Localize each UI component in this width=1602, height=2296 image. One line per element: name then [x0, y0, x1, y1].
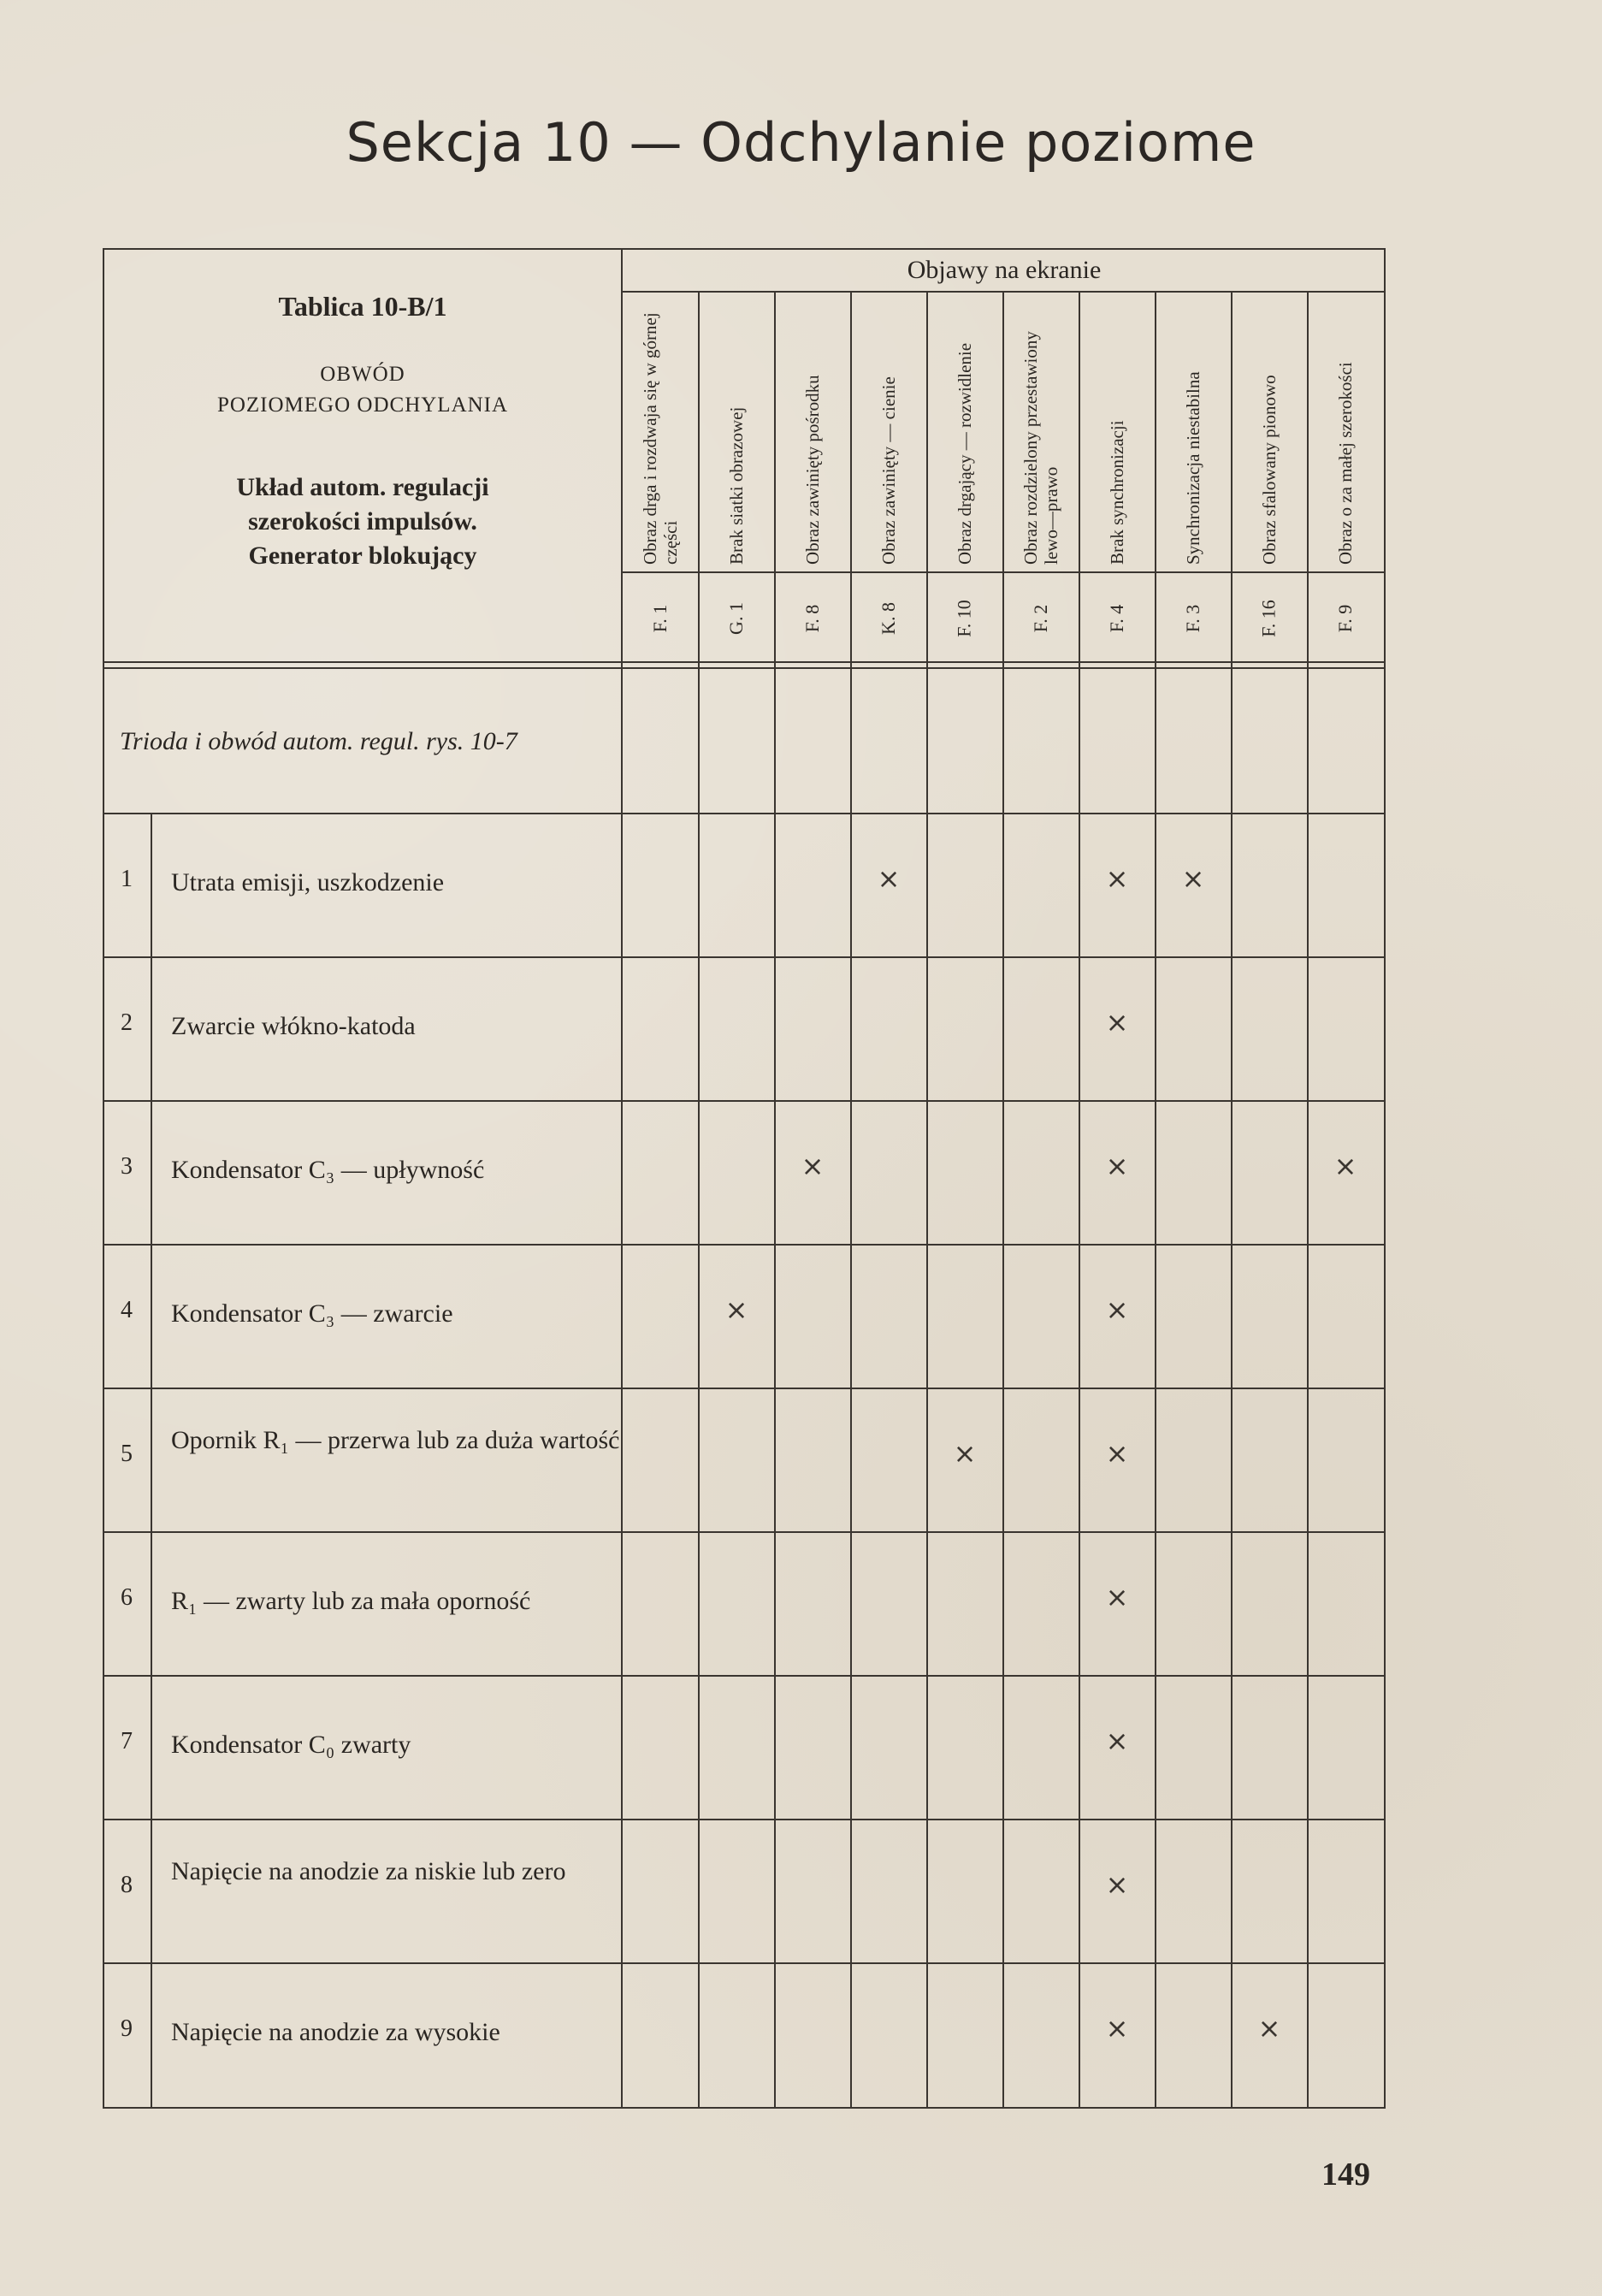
symptom-label: Brak synchronizacji: [1079, 308, 1155, 565]
row-label: Opornik R₁ — przerwa lub za duża wartość: [171, 1422, 624, 1459]
symptom-label: Obraz drga i rozdwaja się w górnej częśc…: [623, 308, 698, 565]
table-row: 8Napięcie na anodzie za niskie lub zero×: [103, 1819, 1386, 1962]
symptom-code: K. 8: [851, 573, 926, 663]
symptom-column: Obraz sfalowany pionowoF. 16: [1232, 293, 1308, 663]
symptom-column: Brak synchronizacjiF. 4: [1079, 293, 1156, 663]
symptom-code-text: K. 8: [878, 602, 900, 635]
symptom-mark: ×: [1104, 1150, 1130, 1182]
symptom-code-text: F. 2: [1030, 604, 1052, 631]
row-number: 5: [103, 1441, 151, 1468]
symptom-column: Obraz rozdzielony przestawiony lewo—praw…: [1003, 293, 1079, 663]
symptom-mark: ×: [1104, 1581, 1130, 1613]
symptom-code-text: F. 4: [1106, 604, 1128, 631]
symptom-label: Brak siatki obrazowej: [699, 308, 774, 565]
symptom-code: F. 16: [1232, 573, 1307, 663]
symptom-code-text: F. 8: [801, 604, 824, 631]
symptom-mark: ×: [800, 1150, 825, 1182]
symptom-code: F. 8: [775, 573, 850, 663]
symptom-mark: ×: [1104, 2012, 1130, 2045]
row-number: 9: [103, 2015, 151, 2043]
symptom-code: F. 3: [1156, 573, 1231, 663]
symptom-label: Obraz o za małej szerokości: [1308, 308, 1383, 565]
description-line1: Układ autom. regulacji: [103, 470, 623, 505]
symptom-code: F. 10: [927, 573, 1002, 663]
table-row: 1Utrata emisji, uszkodzenie×××: [103, 813, 1386, 956]
symptom-mark: ×: [1104, 1293, 1130, 1326]
symptom-mark: ×: [876, 862, 901, 895]
table-id: Tablica 10-B/1: [103, 291, 623, 323]
symptom-column: Obraz zawinięty — cienieK. 8: [851, 293, 927, 663]
page-title: Sekcja 10 — Odchylanie poziome: [0, 111, 1602, 174]
table-row: 5Opornik R₁ — przerwa lub za duża wartoś…: [103, 1388, 1386, 1531]
symptom-mark: ×: [1256, 2012, 1282, 2045]
description-line3: Generator blokujący: [103, 539, 623, 573]
symptom-mark: ×: [1104, 1868, 1130, 1901]
symptom-code: F. 4: [1079, 573, 1155, 663]
symptom-mark: ×: [1104, 1006, 1130, 1039]
table-row: 7Kondensator C₀ zwarty×: [103, 1675, 1386, 1819]
table-bottom-border: [103, 2107, 1386, 2109]
symptom-code: F. 2: [1003, 573, 1079, 663]
symptom-code-text: F. 9: [1334, 604, 1357, 631]
row-label: Napięcie na anodzie za niskie lub zero: [171, 1853, 624, 1891]
circuit-name-line2: POZIOMEGO ODCHYLANIA: [103, 390, 623, 421]
row-number: 8: [103, 1872, 151, 1899]
symptom-code-text: F. 3: [1182, 604, 1204, 631]
row-number: 7: [103, 1728, 151, 1755]
row-number: 1: [103, 866, 151, 893]
header-bottom-border-double: [103, 667, 1386, 669]
table-row: 4Kondensator C₃ — zwarcie××: [103, 1244, 1386, 1388]
row-number: 2: [103, 1009, 151, 1037]
table-row: 2Zwarcie włókno-katoda×: [103, 956, 1386, 1100]
symptom-mark: ×: [1104, 1437, 1130, 1470]
row-label: R₁ — zwarty lub za mała oporność: [171, 1583, 624, 1620]
table-row: 9Napięcie na anodzie za wysokie××: [103, 1962, 1386, 2106]
circuit-name-line1: OBWÓD: [103, 359, 623, 390]
row-label: Kondensator C₃ — zwarcie: [171, 1295, 624, 1333]
symptom-code: F. 1: [623, 573, 698, 663]
row-label: Utrata emisji, uszkodzenie: [171, 864, 624, 902]
symptom-column: Synchronizacja niestabilnaF. 3: [1156, 293, 1232, 663]
symptom-column: Obraz o za małej szerokościF. 9: [1308, 293, 1384, 663]
row-label: Napięcie na anodzie za wysokie: [171, 2014, 624, 2051]
row-number: 3: [103, 1153, 151, 1181]
circuit-description: Układ autom. regulacji szerokości impuls…: [103, 470, 623, 573]
symptom-mark: ×: [1104, 1725, 1130, 1757]
symptom-mark: ×: [1333, 1150, 1358, 1182]
diagnostic-table: Tablica 10-B/1 OBWÓD POZIOMEGO ODCHYLANI…: [103, 248, 1386, 2109]
symptom-mark: ×: [724, 1293, 749, 1326]
symptom-label: Obraz rozdzielony przestawiony lewo—praw…: [1003, 308, 1079, 565]
row-number: 6: [103, 1584, 151, 1612]
symptom-label: Obraz zawinięty — cienie: [851, 308, 926, 565]
table-header-left: Tablica 10-B/1 OBWÓD POZIOMEGO ODCHYLANI…: [103, 248, 623, 663]
group-title: Trioda i obwód autom. regul. rys. 10-7: [120, 727, 517, 756]
symptom-label: Obraz zawinięty pośrodku: [775, 308, 850, 565]
symptoms-header: Objawy na ekranie: [623, 248, 1386, 291]
symptom-code: F. 9: [1308, 573, 1383, 663]
symptom-mark: ×: [952, 1437, 978, 1470]
circuit-name: OBWÓD POZIOMEGO ODCHYLANIA: [103, 359, 623, 421]
page-number: 149: [1321, 2156, 1370, 2193]
symptom-code-text: F. 16: [1258, 600, 1280, 636]
row-label: Kondensator C₀ zwarty: [171, 1726, 624, 1764]
symptom-code-divider: [623, 571, 1386, 573]
symptom-column: Obraz zawinięty pośrodkuF. 8: [775, 293, 851, 663]
symptom-mark: ×: [1180, 862, 1206, 895]
symptom-code-text: F. 1: [649, 604, 671, 631]
row-label: Zwarcie włókno-katoda: [171, 1008, 624, 1045]
symptom-column: Obraz drga i rozdwaja się w górnej częśc…: [623, 293, 699, 663]
symptom-label: Obraz drgający — rozwidlenie: [927, 308, 1002, 565]
symptom-label: Obraz sfalowany pionowo: [1232, 308, 1307, 565]
symptom-column: Brak siatki obrazowejG. 1: [699, 293, 775, 663]
symptom-mark: ×: [1104, 862, 1130, 895]
description-line2: szerokości impulsów.: [103, 505, 623, 539]
symptom-label: Synchronizacja niestabilna: [1156, 308, 1231, 565]
symptom-column: Obraz drgający — rozwidlenieF. 10: [927, 293, 1003, 663]
symptom-code-text: G. 1: [725, 602, 748, 635]
row-label: Kondensator C₃ — upływność: [171, 1151, 624, 1189]
table-row: 6R₁ — zwarty lub za mała oporność×: [103, 1531, 1386, 1675]
symptom-code-text: F. 10: [954, 600, 976, 636]
row-number: 4: [103, 1297, 151, 1324]
table-row: 3Kondensator C₃ — upływność×××: [103, 1100, 1386, 1244]
symptom-code: G. 1: [699, 573, 774, 663]
